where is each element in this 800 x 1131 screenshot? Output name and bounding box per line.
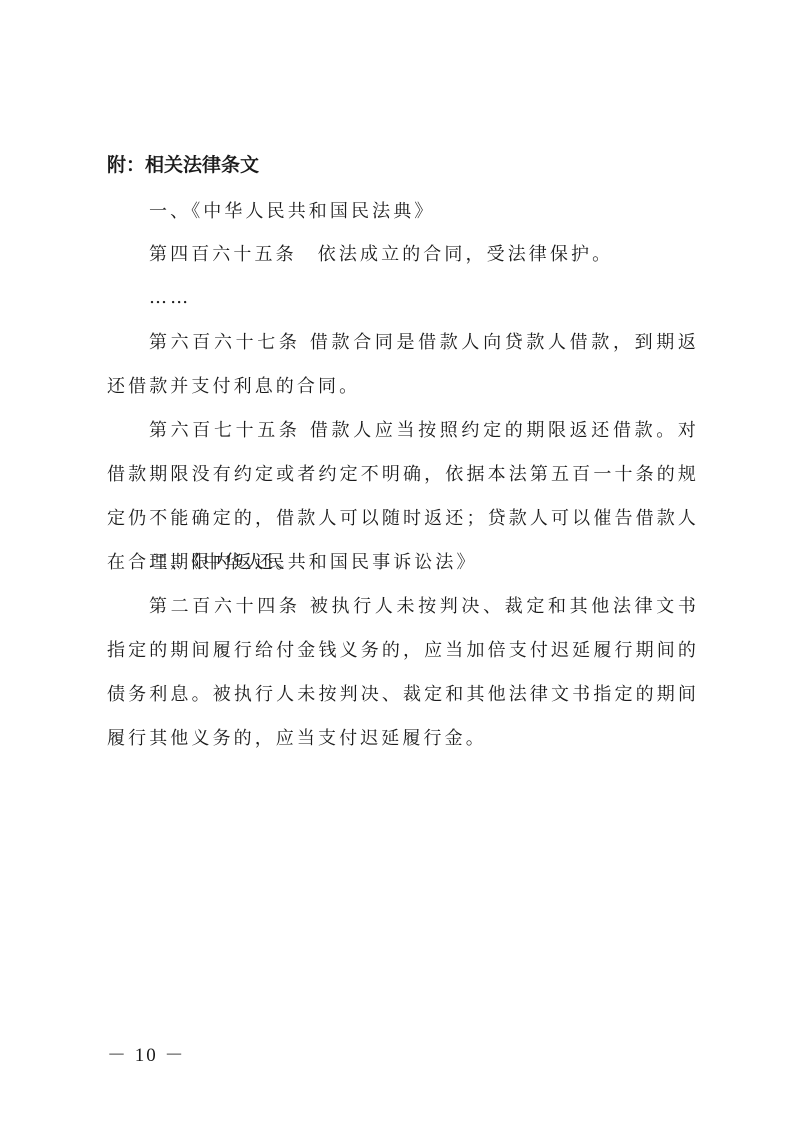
article-264: 第二百六十四条 被执行人未按判决、裁定和其他法律文书指定的期间履行给付金钱义务的…: [107, 585, 699, 761]
section-title-civil-procedure-law: 二、《中华人民共和国民事诉讼法》: [107, 541, 699, 585]
article-465: 第四百六十五条 依法成立的合同，受法律保护。: [107, 233, 699, 277]
ellipsis: ……: [107, 276, 699, 320]
appendix-heading: 附：相关法律条文: [107, 150, 259, 177]
section-title-civil-code: 一、《中华人民共和国民法典》: [107, 190, 699, 234]
article-667: 第六百六十七条 借款合同是借款人向贷款人借款，到期返还借款并支付利息的合同。: [107, 321, 699, 409]
page-number: － 10 －: [107, 1040, 186, 1067]
